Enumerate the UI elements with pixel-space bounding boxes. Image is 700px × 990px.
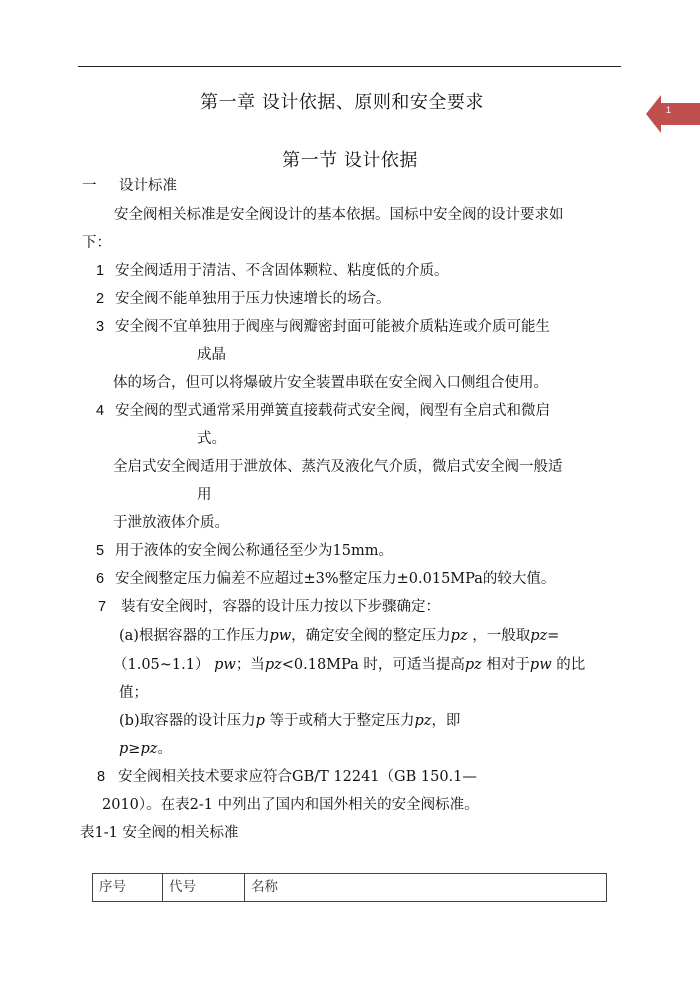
- var-p: p: [119, 741, 128, 757]
- arrow-left-icon: [646, 95, 700, 133]
- table-header-code: 代号: [163, 874, 245, 901]
- step-a-text: <0.18MPa 时，可适当提高: [282, 657, 465, 673]
- standards-table: 序号 代号 名称: [92, 873, 607, 902]
- var-pw: pw: [530, 657, 552, 673]
- var-pz: pz: [415, 713, 432, 729]
- var-pz: pz: [451, 628, 468, 644]
- step-a-text: 相对于: [482, 657, 530, 673]
- item-4-continuation-2: 于泄放液体介质。: [113, 513, 229, 533]
- item-7-text: 装有安全阀时，容器的设计压力按以下步骤确定：: [121, 597, 440, 617]
- page-number: 1: [666, 105, 671, 115]
- item-4-continuation: 全启式安全阀适用于泄放体、蒸汽及液化气介质，微启式安全阀一般适: [113, 457, 563, 477]
- table-caption: 表1-1 安全阀的相关标准: [80, 823, 238, 843]
- item-7-number: 7: [98, 597, 106, 617]
- step-a-text: ；当: [236, 657, 265, 673]
- chapter-title: 第一章 设计依据、原则和安全要求: [0, 88, 692, 114]
- page-number-marker[interactable]: 1: [646, 95, 700, 133]
- var-pw: pw: [269, 628, 291, 644]
- var-pz: pz: [465, 657, 482, 673]
- heading-label: 设计标准: [119, 176, 177, 196]
- step-a-line-3: 值；: [119, 683, 148, 703]
- var-pz: pz: [530, 628, 547, 644]
- var-pw: pw: [214, 657, 236, 673]
- step-b-text: (b)取容器的设计压力: [119, 713, 256, 729]
- heading-marker: 一: [82, 176, 97, 196]
- step-a-line-2: （1.05~1.1） pw；当pz<0.18MPa 时，可适当提高pz 相对于p…: [113, 655, 585, 675]
- item-2-number: 2: [96, 289, 104, 309]
- item-5-text: 用于液体的安全阀公称通径至少为15mm。: [115, 541, 393, 561]
- step-b-line-2: p≥pz。: [119, 739, 172, 759]
- intro-line-2: 下：: [82, 233, 111, 253]
- item-4-wrap: 式。: [197, 429, 226, 449]
- step-a-text: (a)根据容器的工作压力: [119, 628, 269, 644]
- step-a-line-1: (a)根据容器的工作压力pw，确定安全阀的整定压力pz ，一般取pz=: [119, 626, 559, 646]
- var-pz: pz: [140, 741, 157, 757]
- item-1-number: 1: [96, 261, 104, 281]
- step-a-text: ，确定安全阀的整定压力: [291, 628, 451, 644]
- var-p: p: [256, 713, 265, 729]
- item-3-number: 3: [96, 317, 104, 337]
- item-3-text: 安全阀不宜单独用于阀座与阀瓣密封面可能被介质粘连或介质可能生: [115, 317, 550, 337]
- item-5-number: 5: [96, 541, 104, 561]
- item-4-number: 4: [96, 401, 104, 421]
- step-a-text: ，一般取: [468, 628, 531, 644]
- section-title: 第一节 设计依据: [0, 146, 700, 172]
- item-3-continuation: 体的场合，但可以将爆破片安全装置串联在安全阀入口侧组合使用。: [113, 373, 548, 393]
- step-a-text: =: [547, 628, 559, 644]
- item-8-number: 8: [97, 767, 105, 787]
- item-4-wrap-2: 用: [197, 485, 212, 505]
- item-1-text: 安全阀适用于清洁、不含固体颗粒、粘度低的介质。: [115, 261, 449, 281]
- relation-symbol: ≥: [128, 741, 140, 757]
- item-8-continuation: 2010）。在表2-1 中列出了国内和国外相关的安全阀标准。: [102, 795, 479, 815]
- step-a-text: 的比: [552, 657, 586, 673]
- item-3-wrap: 成晶: [197, 345, 226, 365]
- table-header-index: 序号: [93, 874, 163, 901]
- step-a-text: （1.05~1.1）: [113, 657, 214, 673]
- table-header-name: 名称: [245, 874, 606, 901]
- step-b-line-1: (b)取容器的设计压力p 等于或稍大于整定压力pz，即: [119, 711, 460, 731]
- item-6-text: 安全阀整定压力偏差不应超过±3%整定压力±0.015MPa的较大值。: [115, 569, 555, 589]
- step-b-text: 。: [157, 741, 172, 757]
- step-b-text: 等于或稍大于整定压力: [265, 713, 415, 729]
- var-pz: pz: [265, 657, 282, 673]
- item-8-text: 安全阀相关技术要求应符合GB/T 12241（GB 150.1—: [118, 767, 477, 787]
- item-6-number: 6: [96, 569, 104, 589]
- item-2-text: 安全阀不能单独用于压力快速增长的场合。: [115, 289, 391, 309]
- intro-line-1: 安全阀相关标准是安全阀设计的基本依据。国标中安全阀的设计要求如: [114, 205, 564, 225]
- step-b-text: ，即: [431, 713, 460, 729]
- header-rule: [78, 66, 621, 67]
- item-4-text: 安全阀的型式通常采用弹簧直接载荷式安全阀，阀型有全启式和微启: [115, 401, 550, 421]
